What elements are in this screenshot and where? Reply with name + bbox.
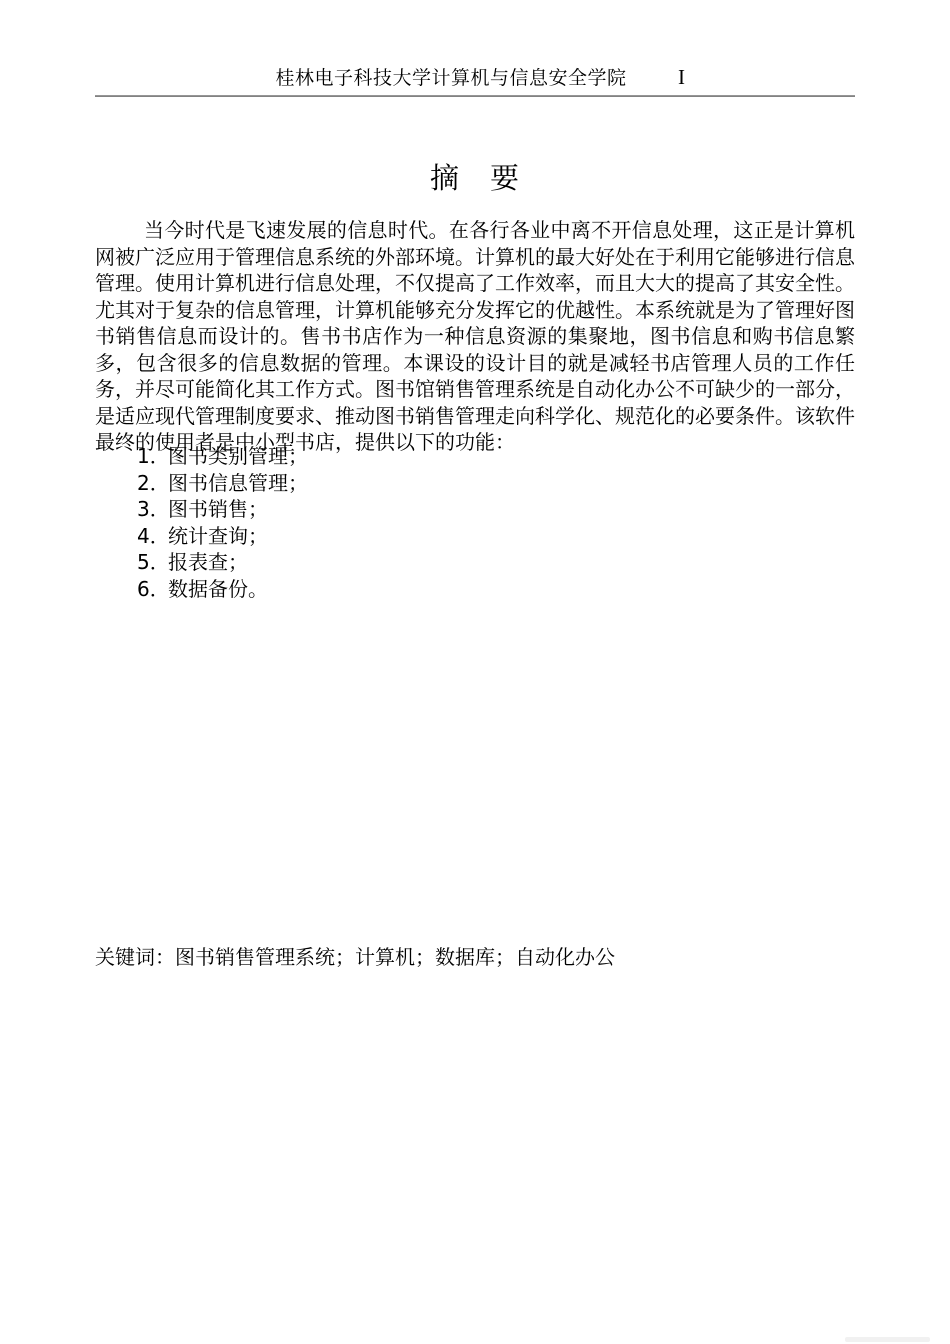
list-item-text: 图书信息管理；: [168, 471, 308, 495]
list-item-text: 图书销售；: [168, 497, 268, 521]
scan-artifact: [845, 1337, 930, 1342]
list-item: 1．图书类别管理；: [137, 443, 308, 470]
list-item: 5．报表查；: [137, 549, 308, 576]
list-item: 4．统计查询；: [137, 523, 308, 550]
feature-list: 1．图书类别管理； 2．图书信息管理； 3．图书销售； 4．统计查询； 5．报表…: [137, 443, 308, 602]
header-institution: 桂林电子科技大学计算机与信息安全学院: [275, 66, 626, 90]
list-item: 3．图书销售；: [137, 496, 308, 523]
keywords-line: 关键词：图书销售管理系统；计算机；数据库；自动化办公: [95, 944, 855, 971]
list-item-text: 统计查询；: [168, 524, 268, 548]
list-item-text: 图书类别管理；: [168, 444, 308, 468]
keywords-value: 图书销售管理系统；计算机；数据库；自动化办公: [175, 945, 615, 969]
list-item-text: 报表查；: [168, 550, 248, 574]
list-item-number: 2．: [137, 470, 168, 497]
list-item: 2．图书信息管理；: [137, 470, 308, 497]
keywords-label: 关键词：: [95, 945, 175, 969]
list-item-number: 1．: [137, 443, 168, 470]
abstract-paragraph: 当今时代是飞速发展的信息时代。在各行各业中离不开信息处理，这正是计算机网被广泛应…: [95, 217, 855, 456]
document-page: 桂林电子科技大学计算机与信息安全学院 I 摘 要 当今时代是飞速发展的信息时代。…: [0, 0, 950, 1344]
list-item: 6．数据备份。: [137, 576, 308, 603]
page-title: 摘 要: [0, 161, 950, 195]
list-item-number: 3．: [137, 496, 168, 523]
header-page-number: I: [678, 64, 685, 90]
list-item-text: 数据备份。: [168, 577, 268, 601]
list-item-number: 6．: [137, 576, 168, 603]
list-item-number: 5．: [137, 549, 168, 576]
list-item-number: 4．: [137, 523, 168, 550]
header-rule: [95, 95, 855, 97]
